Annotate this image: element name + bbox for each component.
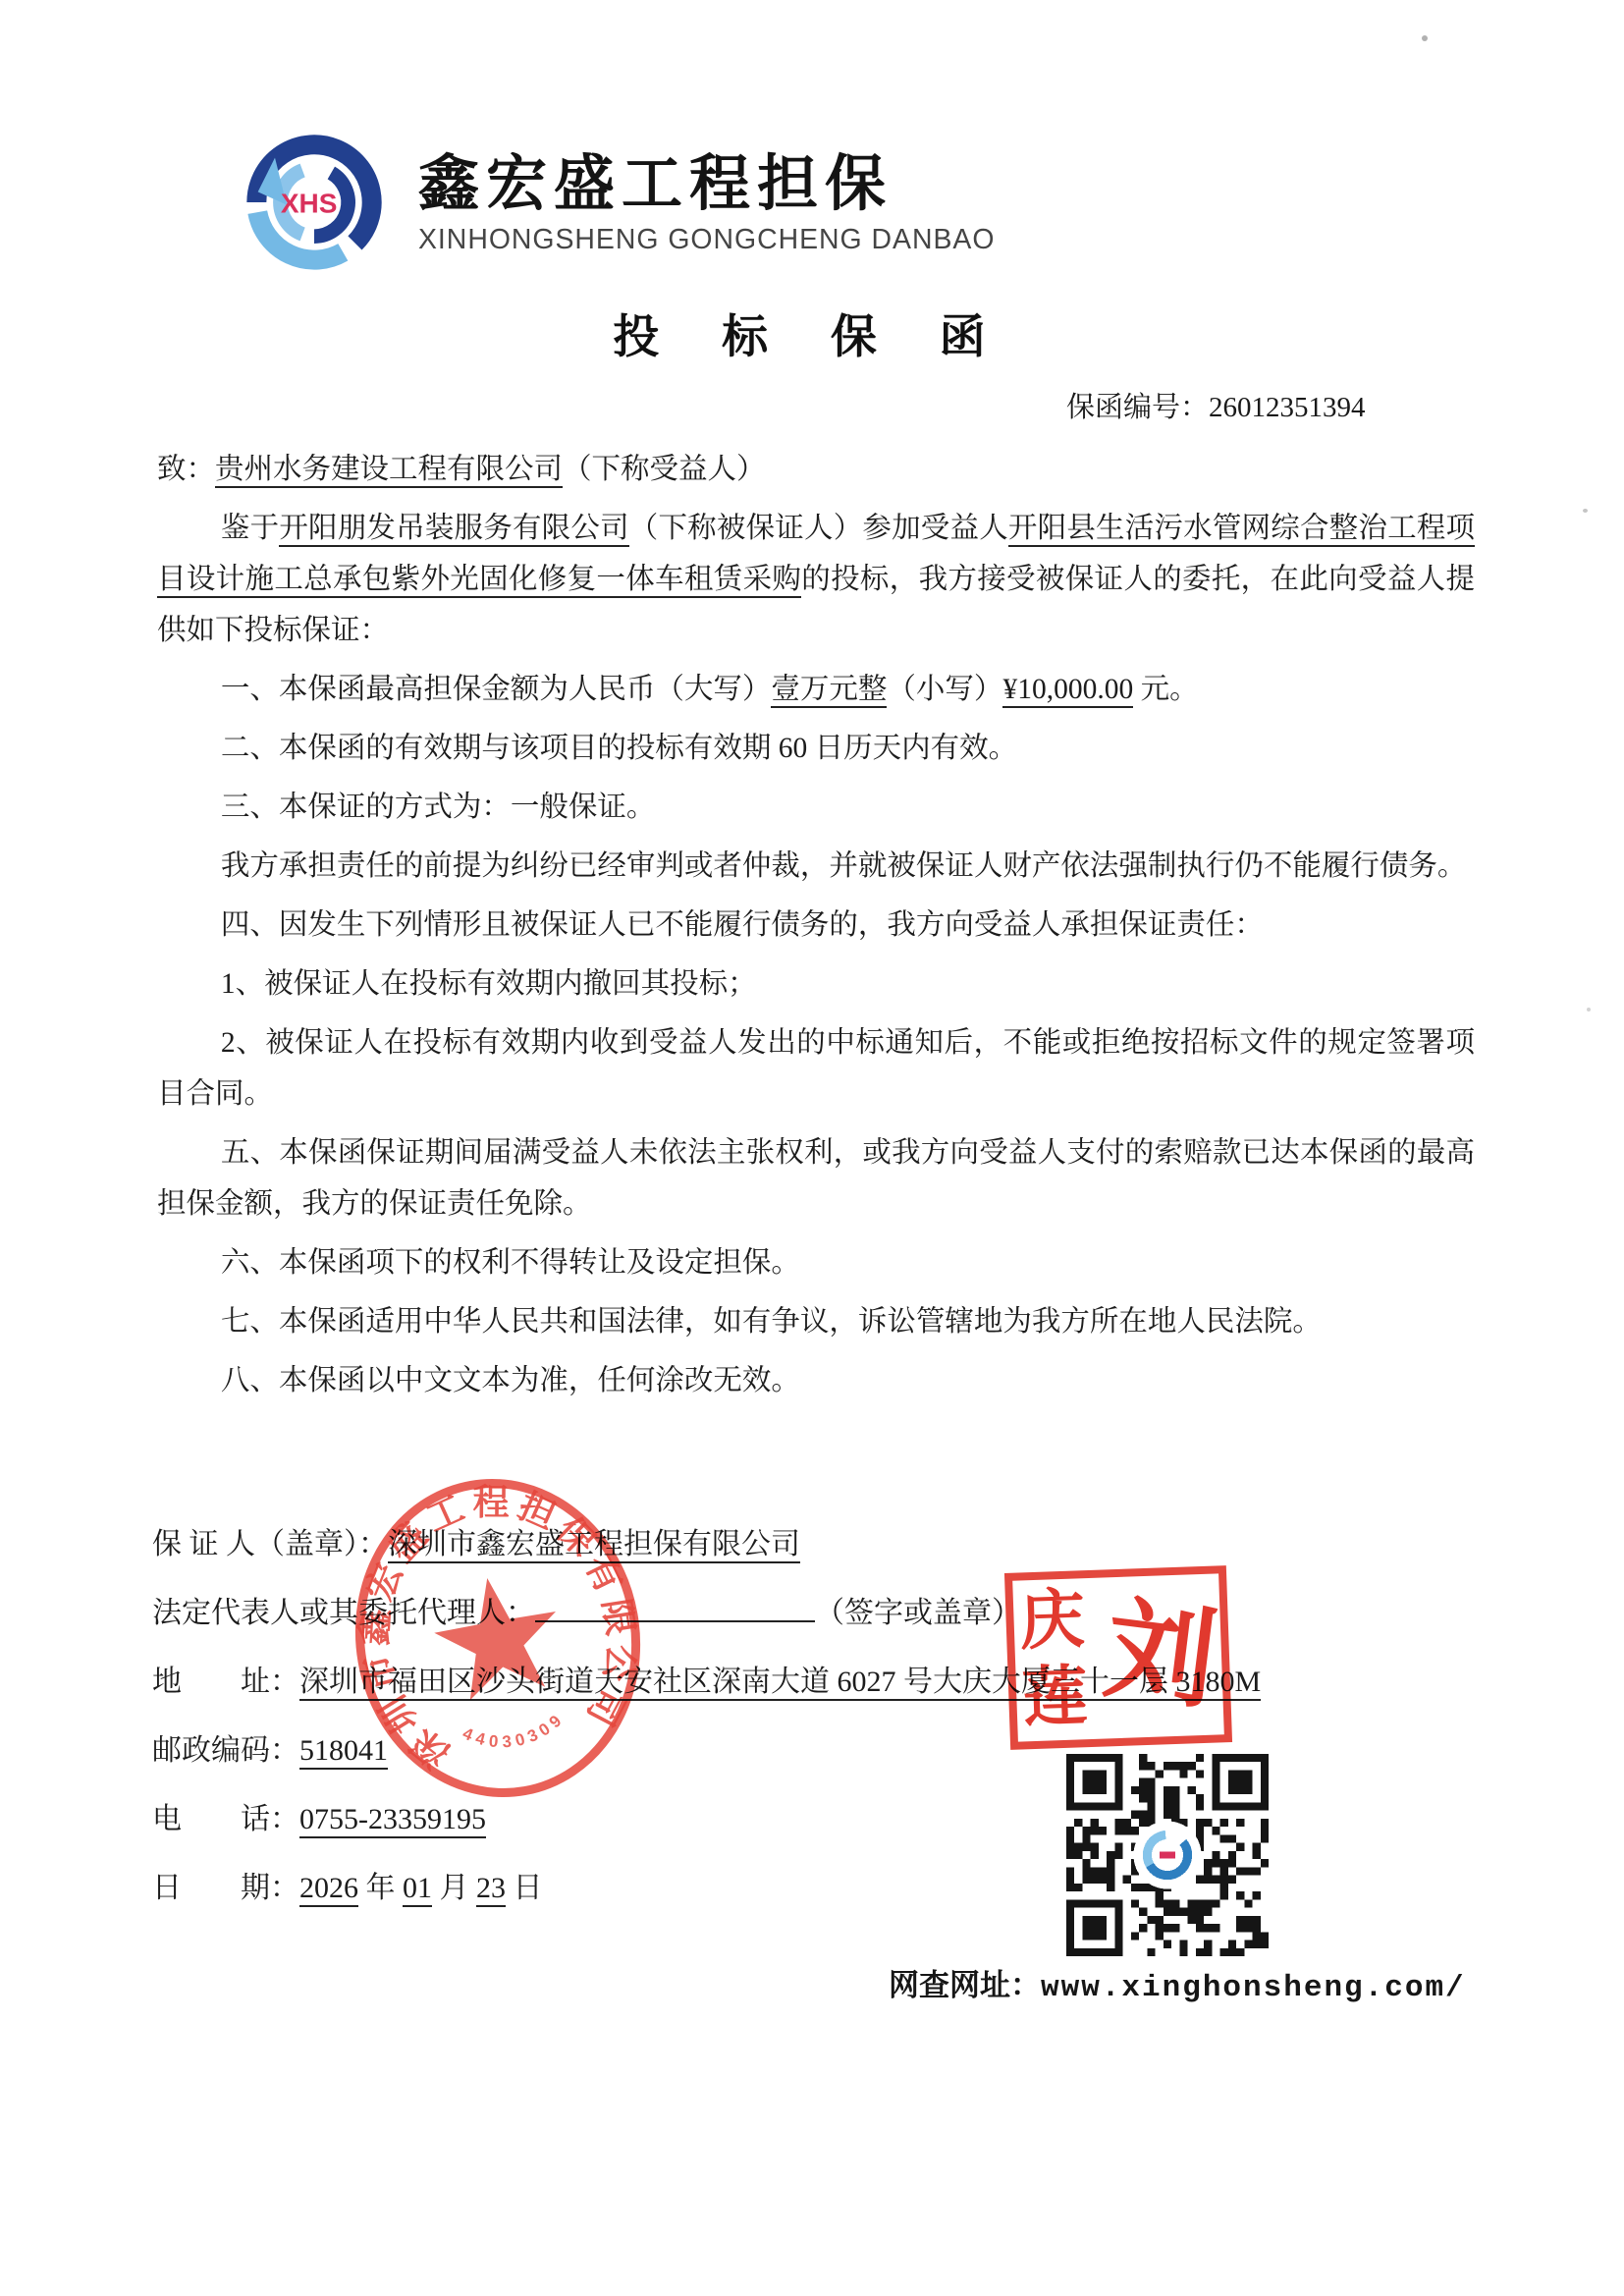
letterhead-text: 鑫宏盛工程担保 XINHONGSHENG GONGCHENG DANBAO: [418, 124, 1006, 256]
name-seal-char: 庆: [1018, 1585, 1085, 1658]
addressee-prefix: 致：: [157, 454, 215, 485]
company-name-en: XINHONGSHENG GONGCHENG DANBAO: [418, 224, 995, 256]
date-line: 日 期：2026 年 01 月 23 日: [152, 1854, 1478, 1923]
date-year: 2026: [299, 1872, 358, 1907]
scan-speck: [1583, 509, 1588, 513]
guarantee-number: 保函编号：26012351394: [1066, 385, 1366, 425]
guarantee-number-value: 26012351394: [1209, 392, 1366, 423]
name-seal-char: 刘: [1100, 1595, 1222, 1718]
letter-body: 致：贵州水务建设工程有限公司（下称受益人） 鉴于开阳朋发吊装服务有限公司（下称被…: [157, 444, 1475, 1406]
clause-6: 六、本保函项下的权利不得转让及设定担保。: [157, 1237, 1475, 1288]
intro-paragraph: 鉴于开阳朋发吊装服务有限公司（下称被保证人）参加受益人开阳县生活污水管网综合整治…: [157, 503, 1475, 656]
name-seal-left-column: 庆 莲: [1018, 1585, 1088, 1734]
liability-paragraph: 我方承担责任的前提为纠纷已经审判或者仲裁，并就被保证人财产依法强制执行仍不能履行…: [157, 841, 1475, 892]
beneficiary-name: 贵州水务建设工程有限公司: [215, 454, 563, 488]
principal-name: 开阳朋发吊装服务有限公司: [279, 513, 628, 547]
phone-label: 电 话：: [152, 1803, 299, 1835]
letterhead: XHS 鑫宏盛工程担保 XINHONGSHENG GONGCHENG DANBA…: [236, 124, 1006, 281]
document-page: XHS 鑫宏盛工程担保 XINHONGSHENG GONGCHENG DANBA…: [0, 0, 1624, 2296]
name-seal-stamp: 庆 莲 刘: [1004, 1565, 1232, 1750]
date-day: 23: [476, 1872, 506, 1907]
name-seal-right-column: 刘: [1104, 1600, 1218, 1714]
site-label: 网查网址：: [889, 1968, 1041, 2002]
name-seal-char: 莲: [1021, 1662, 1088, 1734]
svg-text:44030309: 44030309: [458, 1707, 572, 1760]
site-url: www.xinghonsheng.com/: [1041, 1971, 1466, 2005]
scan-speck: [1422, 35, 1428, 41]
company-name-cn: 鑫宏盛工程担保: [418, 151, 1006, 218]
seal-registration-number: 44030309: [458, 1707, 572, 1760]
scan-speck: [1587, 1008, 1591, 1011]
clause-4: 四、因发生下列情形且被保证人已不能履行债务的，我方向受益人承担保证责任：: [157, 900, 1475, 951]
verification-site-line: 网查网址：www.xinghonsheng.com/: [889, 1960, 1466, 2005]
postcode-label: 邮政编码：: [152, 1734, 299, 1767]
clause-4-sub-2: 2、被保证人在投标有效期内收到受益人发出的中标通知后，不能或拒绝按招标文件的规定…: [157, 1017, 1475, 1120]
amount-words: 壹万元整: [771, 674, 887, 708]
clause-4-sub-1: 1、被保证人在投标有效期内撤回其投标；: [157, 958, 1475, 1010]
amount-figures: ¥10,000.00: [1002, 674, 1133, 708]
guarantee-number-label: 保函编号：: [1066, 392, 1209, 423]
clause-7: 七、本保函适用中华人民共和国法律，如有争议，诉讼管辖地为我方所在地人民法院。: [157, 1296, 1475, 1347]
company-seal-stamp: 深圳市鑫宏盛工程担保有限公司 44030309: [338, 1467, 658, 1809]
clause-2: 二、本保函的有效期与该项目的投标有效期 60 日历天内有效。: [157, 723, 1475, 774]
representative-suffix: （签字或盖章）: [815, 1597, 1021, 1629]
clause-5: 五、本保函保证期间届满受益人未依法主张权利，或我方向受益人支付的索赔款已达本保函…: [157, 1127, 1475, 1230]
document-title: 投 标 保 函: [0, 301, 1624, 366]
clause-3: 三、本保证的方式为：一般保证。: [157, 782, 1475, 833]
date-month: 01: [403, 1872, 432, 1907]
date-label: 日 期：: [152, 1872, 299, 1904]
logo-abbr-text: XHS: [281, 189, 338, 219]
address-label: 地 址：: [152, 1666, 299, 1698]
addressee-suffix: （下称受益人）: [563, 454, 766, 485]
seal-star: [426, 1567, 568, 1704]
qr-code: [1066, 1754, 1269, 1956]
clause-8: 八、本保函以中文文本为准，任何涂改无效。: [157, 1355, 1475, 1406]
clause-1: 一、本保函最高担保金额为人民币（大写）壹万元整（小写）¥10,000.00 元。: [157, 664, 1475, 715]
addressee-line: 致：贵州水务建设工程有限公司（下称受益人）: [157, 444, 1475, 495]
company-logo-icon: XHS: [236, 124, 393, 281]
